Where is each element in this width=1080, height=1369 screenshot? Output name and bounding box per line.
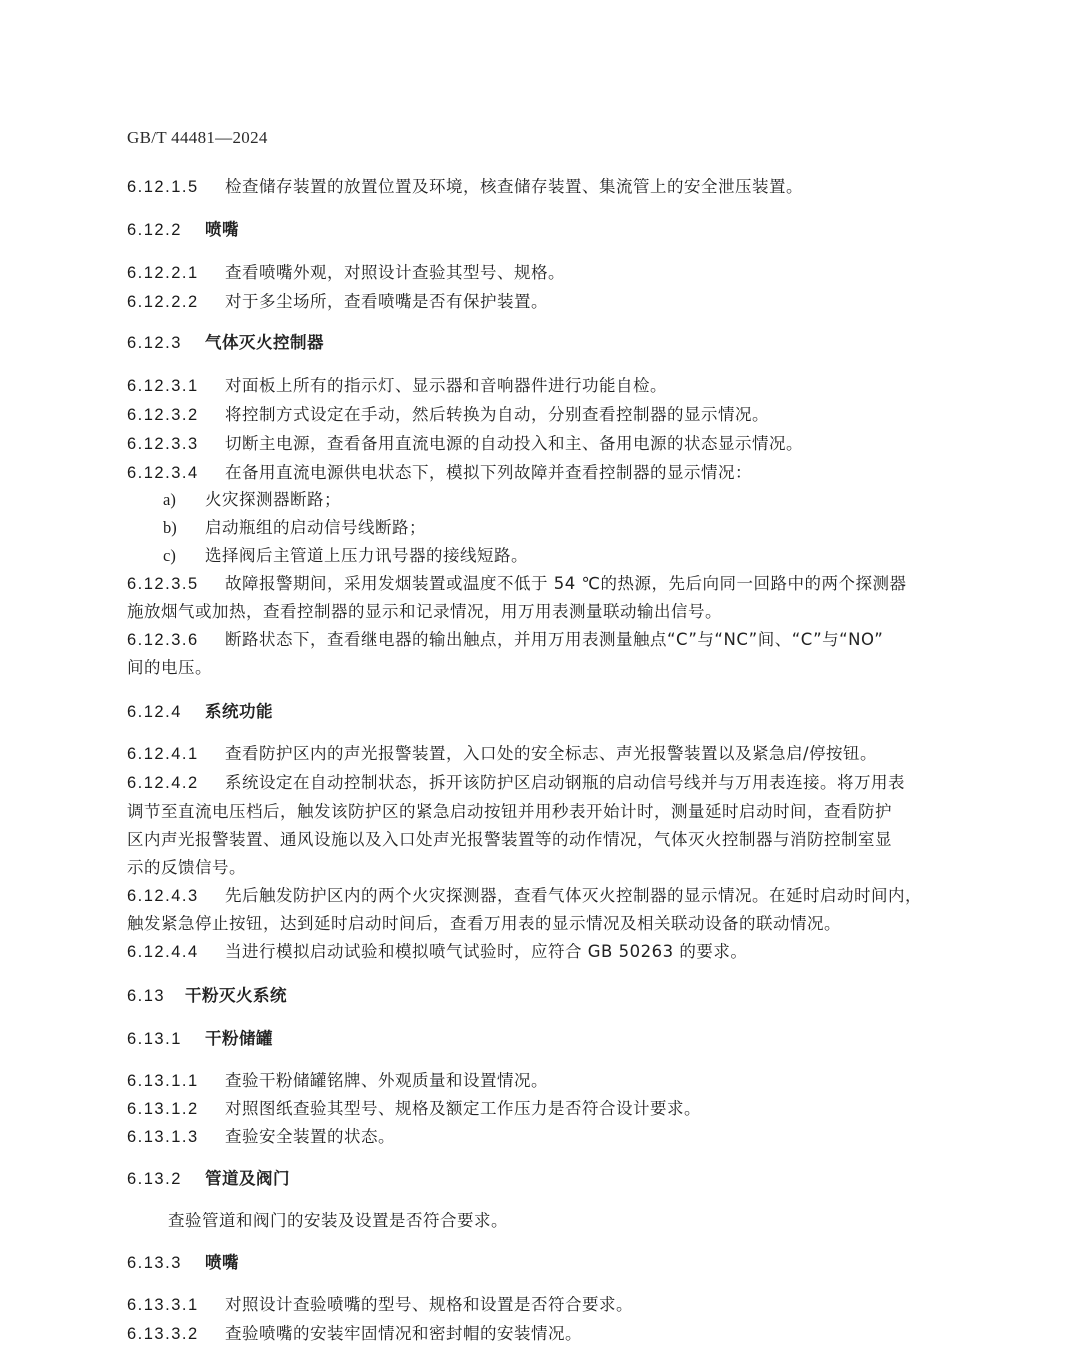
- list-item-label: b): [163, 513, 205, 543]
- section-heading-6-13-2: 6.13.2管道及阀门: [127, 1164, 980, 1194]
- clause-continuation: 调节至直流电压档后，触发该防护区的紧急启动按钮并用秒表开始计时，测量延时启动时间…: [127, 797, 980, 827]
- clause-continuation: 示的反馈信号。: [127, 853, 980, 883]
- clause-text: 对于多尘场所，查看喷嘴是否有保护装置。: [225, 292, 548, 311]
- clause-number: 6.12.4.3: [127, 881, 225, 911]
- clause-text: 查验干粉储罐铭牌、外观质量和设置情况。: [225, 1071, 548, 1090]
- clause-6-12-3-1: 6.12.3.1对面板上所有的指示灯、显示器和音响器件进行功能自检。: [127, 371, 980, 401]
- section-heading-6-12-3: 6.12.3气体灭火控制器: [127, 328, 980, 358]
- section-heading-6-13: 6.13干粉灭火系统: [127, 981, 980, 1011]
- clause-6-12-4-1: 6.12.4.1查看防护区内的声光报警装置，入口处的安全标志、声光报警装置以及紧…: [127, 739, 980, 769]
- list-item-text: 选择阀后主管道上压力讯号器的接线短路。: [205, 546, 528, 565]
- clause-text: 故障报警期间，采用发烟装置或温度不低于 54 ℃的热源，先后向同一回路中的两个探…: [225, 574, 907, 593]
- clause-number: 6.13.3.2: [127, 1319, 225, 1349]
- clause-text: 示的反馈信号。: [127, 858, 246, 877]
- clause-number: 6.12.3.1: [127, 371, 225, 401]
- clause-6-12-4-2: 6.12.4.2系统设定在自动控制状态，拆开该防护区启动钢瓶的启动信号线并与万用…: [127, 768, 980, 798]
- section-title: 管道及阀门: [205, 1169, 290, 1188]
- section-number: 6.12.4: [127, 697, 205, 727]
- clause-number: 6.12.4.4: [127, 937, 225, 967]
- clause-continuation: 间的电压。: [127, 653, 980, 683]
- clause-continuation: 区内声光报警装置、通风设施以及入口处声光报警装置等的动作情况，气体灭火控制器与消…: [127, 825, 980, 855]
- clause-6-12-4-4: 6.12.4.4当进行模拟启动试验和模拟喷气试验时，应符合 GB 50263 的…: [127, 937, 980, 967]
- document-page: GB/T 44481—2024 6.12.1.5检查储存装置的放置位置及环境，核…: [0, 0, 1080, 1369]
- paragraph-text: 查验管道和阀门的安装及设置是否符合要求。: [168, 1211, 508, 1230]
- list-item-text: 火灾探测器断路；: [205, 490, 341, 509]
- clause-text: 区内声光报警装置、通风设施以及入口处声光报警装置等的动作情况，气体灭火控制器与消…: [127, 830, 892, 849]
- clause-text: 查验安全装置的状态。: [225, 1127, 395, 1146]
- clause-text: 在备用直流电源供电状态下，模拟下列故障并查看控制器的显示情况：: [225, 463, 752, 482]
- clause-text: 查验喷嘴的安装牢固情况和密封帽的安装情况。: [225, 1324, 582, 1343]
- clause-text: 检查储存装置的放置位置及环境，核查储存装置、集流管上的安全泄压装置。: [225, 177, 803, 196]
- clause-6-13-1-3: 6.13.1.3查验安全装置的状态。: [127, 1122, 980, 1152]
- list-item-c: c)选择阀后主管道上压力讯号器的接线短路。: [163, 541, 980, 571]
- clause-number: 6.12.3.5: [127, 569, 225, 599]
- clause-number: 6.12.2.1: [127, 258, 225, 288]
- clause-continuation: 施放烟气或加热，查看控制器的显示和记录情况，用万用表测量联动输出信号。: [127, 597, 980, 627]
- clause-text: 触发紧急停止按钮，达到延时启动时间后，查看万用表的显示情况及相关联动设备的联动情…: [127, 914, 841, 933]
- section-number: 6.13.2: [127, 1164, 205, 1194]
- clause-number: 6.12.4.1: [127, 739, 225, 769]
- clause-number: 6.13.1.1: [127, 1066, 225, 1096]
- section-number: 6.12.2: [127, 215, 205, 245]
- clause-number: 6.12.2.2: [127, 287, 225, 317]
- clause-text: 系统设定在自动控制状态，拆开该防护区启动钢瓶的启动信号线并与万用表连接。将万用表: [225, 773, 905, 792]
- clause-6-12-3-5: 6.12.3.5故障报警期间，采用发烟装置或温度不低于 54 ℃的热源，先后向同…: [127, 569, 980, 599]
- section-title: 干粉储罐: [205, 1029, 273, 1048]
- section-title: 喷嘴: [205, 1253, 239, 1272]
- section-number: 6.12.3: [127, 328, 205, 358]
- clause-text: 施放烟气或加热，查看控制器的显示和记录情况，用万用表测量联动输出信号。: [127, 602, 722, 621]
- clause-6-12-2-2: 6.12.2.2对于多尘场所，查看喷嘴是否有保护装置。: [127, 287, 980, 317]
- clause-6-13-3-2: 6.13.3.2查验喷嘴的安装牢固情况和密封帽的安装情况。: [127, 1319, 980, 1349]
- clause-number: 6.12.3.6: [127, 625, 225, 655]
- section-number: 6.13.1: [127, 1024, 205, 1054]
- clause-6-12-3-2: 6.12.3.2将控制方式设定在手动，然后转换为自动，分别查看控制器的显示情况。: [127, 400, 980, 430]
- section-heading-6-13-1: 6.13.1干粉储罐: [127, 1024, 980, 1054]
- clause-text: 对照图纸查验其型号、规格及额定工作压力是否符合设计要求。: [225, 1099, 701, 1118]
- clause-6-12-3-4: 6.12.3.4在备用直流电源供电状态下，模拟下列故障并查看控制器的显示情况：: [127, 458, 980, 488]
- list-item-label: c): [163, 541, 205, 571]
- section-heading-6-12-2: 6.12.2喷嘴: [127, 215, 980, 245]
- list-item-a: a)火灾探测器断路；: [163, 485, 980, 515]
- clause-text: 将控制方式设定在手动，然后转换为自动，分别查看控制器的显示情况。: [225, 405, 769, 424]
- clause-number: 6.13.1.2: [127, 1094, 225, 1124]
- clause-text: 先后触发防护区内的两个火灾探测器，查看气体灭火控制器的显示情况。在延时启动时间内…: [225, 886, 922, 905]
- clause-text: 切断主电源，查看备用直流电源的自动投入和主、备用电源的状态显示情况。: [225, 434, 803, 453]
- clause-number: 6.12.3.2: [127, 400, 225, 430]
- clause-text: 对面板上所有的指示灯、显示器和音响器件进行功能自检。: [225, 376, 667, 395]
- clause-continuation: 触发紧急停止按钮，达到延时启动时间后，查看万用表的显示情况及相关联动设备的联动情…: [127, 909, 980, 939]
- clause-text: 断路状态下，查看继电器的输出触点，并用万用表测量触点“C”与“NC”间、“C”与…: [225, 630, 883, 649]
- clause-number: 6.13.3.1: [127, 1290, 225, 1320]
- clause-6-12-3-3: 6.12.3.3切断主电源，查看备用直流电源的自动投入和主、备用电源的状态显示情…: [127, 429, 980, 459]
- section-heading-6-12-4: 6.12.4系统功能: [127, 697, 980, 727]
- clause-text: 当进行模拟启动试验和模拟喷气试验时，应符合 GB 50263 的要求。: [225, 942, 747, 961]
- clause-6-12-4-3: 6.12.4.3先后触发防护区内的两个火灾探测器，查看气体灭火控制器的显示情况。…: [127, 881, 980, 911]
- clause-text: 对照设计查验喷嘴的型号、规格和设置是否符合要求。: [225, 1295, 633, 1314]
- clause-number: 6.13.1.3: [127, 1122, 225, 1152]
- clause-number: 6.12.3.3: [127, 429, 225, 459]
- paragraph-6-13-2: 查验管道和阀门的安装及设置是否符合要求。: [168, 1206, 980, 1236]
- section-title: 喷嘴: [205, 220, 239, 239]
- section-title: 干粉灭火系统: [185, 986, 287, 1005]
- section-number: 6.13.3: [127, 1248, 205, 1278]
- section-heading-6-13-3: 6.13.3喷嘴: [127, 1248, 980, 1278]
- clause-text: 查看喷嘴外观，对照设计查验其型号、规格。: [225, 263, 565, 282]
- clause-number: 6.12.1.5: [127, 172, 225, 202]
- clause-6-12-1-5: 6.12.1.5检查储存装置的放置位置及环境，核查储存装置、集流管上的安全泄压装…: [127, 172, 980, 202]
- clause-text: 间的电压。: [127, 658, 212, 677]
- clause-text: 调节至直流电压档后，触发该防护区的紧急启动按钮并用秒表开始计时，测量延时启动时间…: [127, 802, 892, 821]
- list-item-b: b)启动瓶组的启动信号线断路；: [163, 513, 980, 543]
- clause-number: 6.12.4.2: [127, 768, 225, 798]
- section-title: 系统功能: [205, 702, 273, 721]
- clause-6-13-1-1: 6.13.1.1查验干粉储罐铭牌、外观质量和设置情况。: [127, 1066, 980, 1096]
- clause-6-13-3-1: 6.13.3.1对照设计查验喷嘴的型号、规格和设置是否符合要求。: [127, 1290, 980, 1320]
- clause-text: 查看防护区内的声光报警装置，入口处的安全标志、声光报警装置以及紧急启/停按钮。: [225, 744, 877, 763]
- list-item-label: a): [163, 485, 205, 515]
- clause-6-12-2-1: 6.12.2.1查看喷嘴外观，对照设计查验其型号、规格。: [127, 258, 980, 288]
- standard-code: GB/T 44481—2024: [127, 128, 268, 148]
- clause-6-13-1-2: 6.13.1.2对照图纸查验其型号、规格及额定工作压力是否符合设计要求。: [127, 1094, 980, 1124]
- section-title: 气体灭火控制器: [205, 333, 324, 352]
- clause-number: 6.12.3.4: [127, 458, 225, 488]
- section-number: 6.13: [127, 981, 185, 1011]
- clause-6-12-3-6: 6.12.3.6断路状态下，查看继电器的输出触点，并用万用表测量触点“C”与“N…: [127, 625, 980, 655]
- list-item-text: 启动瓶组的启动信号线断路；: [205, 518, 426, 537]
